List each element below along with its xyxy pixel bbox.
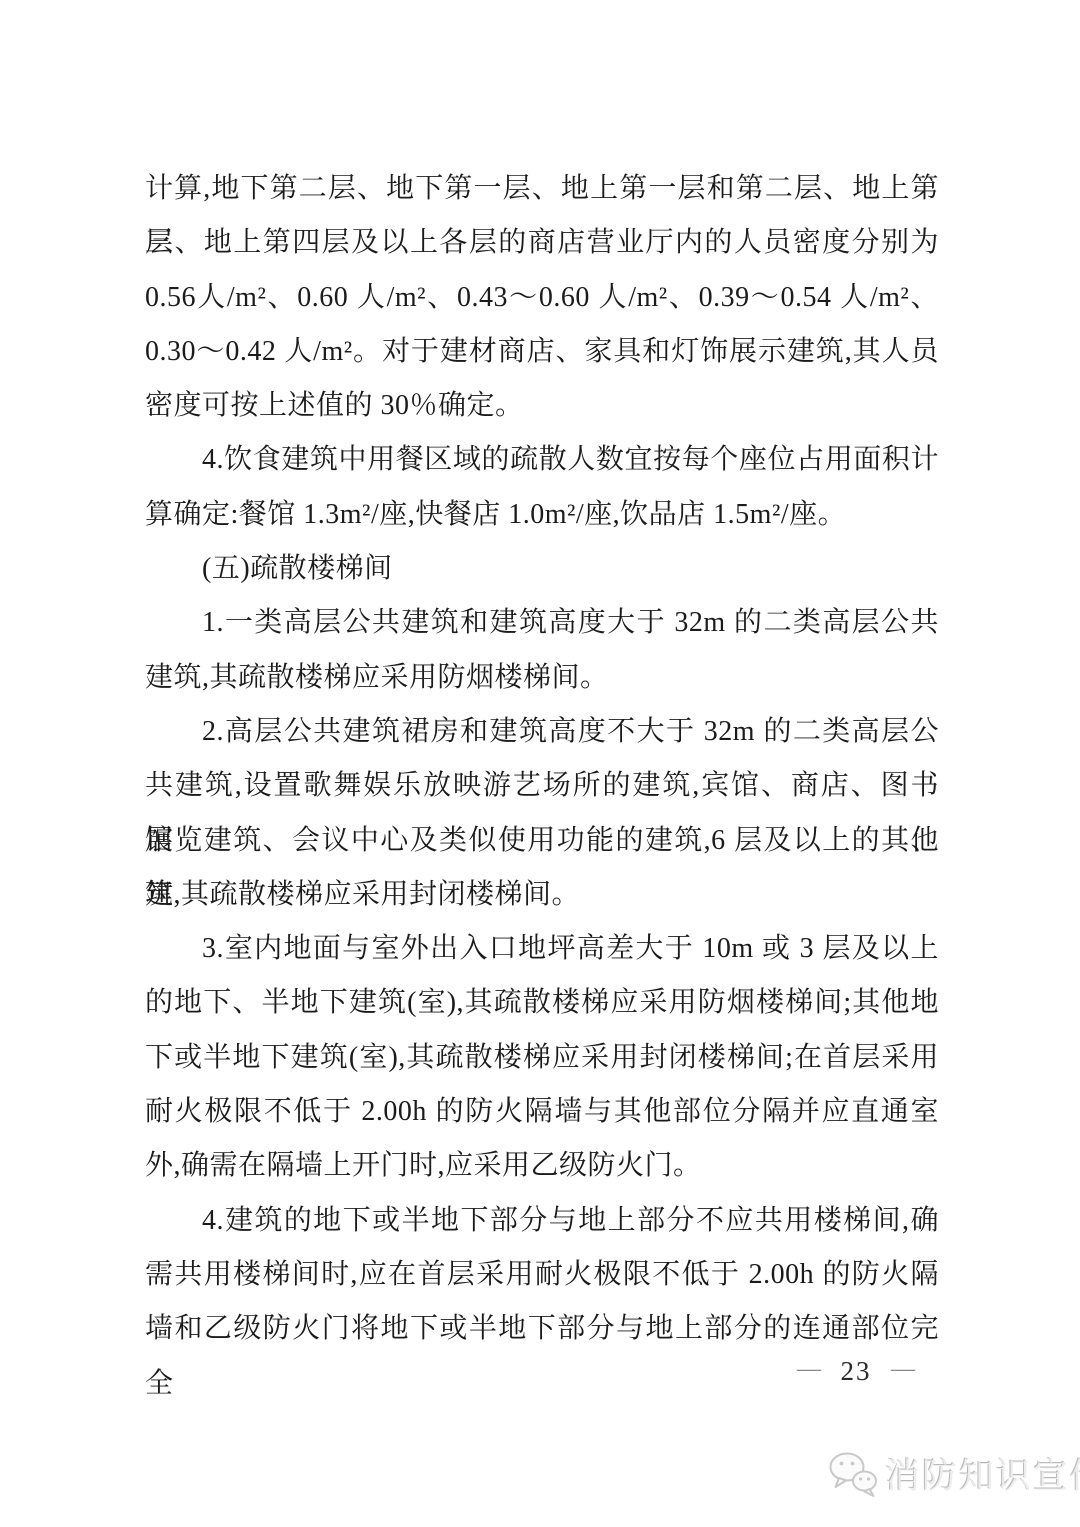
text-line: 层、地上第四层及以上各层的商店营业厅内的人员密度分别为 [145, 216, 939, 270]
text-line: 密度可按上述值的 30％确定。 [145, 379, 939, 433]
text-line: 的地下、半地下建筑(室),其疏散楼梯应采用防烟楼梯间;其他地 [145, 976, 939, 1030]
text-line: 3.室内地面与室外出入口地坪高差大于 10m 或 3 层及以上 [145, 922, 939, 976]
text-line: (五)疏散楼梯间 [145, 542, 939, 596]
text-line: 计算,地下第二层、地下第一层、地上第一层和第二层、地上第三 [145, 162, 939, 216]
text-line: 下或半地下建筑(室),其疏散楼梯应采用封闭楼梯间;在首层采用 [145, 1031, 939, 1085]
page-number-dash-right: — [891, 1356, 915, 1383]
text-line: 0.30～0.42 人/m²。对于建材商店、家具和灯饰展示建筑,其人员 [145, 325, 939, 379]
text-line: 墙和乙级防火门将地下或半地下部分与地上部分的连通部位完全 [145, 1302, 939, 1356]
text-line: 展览建筑、会议中心及类似使用功能的建筑,6 层及以上的其他建 [145, 814, 939, 868]
text-line: 外,确需在隔墙上开门时,应采用乙级防火门。 [145, 1139, 939, 1193]
text-line: 4.建筑的地下或半地下部分与地上部分不应共用楼梯间,确 [145, 1194, 939, 1248]
text-line: 共建筑,设置歌舞娱乐放映游艺场所的建筑,宾馆、商店、图书馆、 [145, 759, 939, 813]
wechat-icon [828, 1450, 878, 1498]
page-number-value: 23 [841, 1356, 872, 1387]
text-line: 算确定:餐馆 1.3m²/座,快餐店 1.0m²/座,饮品店 1.5m²/座。 [145, 488, 939, 542]
text-line: 0.56人/m²、0.60 人/m²、0.43～0.60 人/m²、0.39～0… [145, 271, 939, 325]
document-body: 计算,地下第二层、地下第一层、地上第一层和第二层、地上第三层、地上第四层及以上各… [145, 162, 939, 1357]
text-line: 建筑,其疏散楼梯应采用防烟楼梯间。 [145, 651, 939, 705]
page-number-dash-left: — [797, 1356, 821, 1383]
text-line: 4.饮食建筑中用餐区域的疏散人数宜按每个座位占用面积计 [145, 433, 939, 487]
text-line: 1.一类高层公共建筑和建筑高度大于 32m 的二类高层公共 [145, 596, 939, 650]
watermark: 消防知识宣传 [828, 1448, 1080, 1500]
document-page: 计算,地下第二层、地下第一层、地上第一层和第二层、地上第三层、地上第四层及以上各… [0, 0, 1080, 1527]
text-line: 需共用楼梯间时,应在首层采用耐火极限不低于 2.00h 的防火隔 [145, 1248, 939, 1302]
text-line: 耐火极限不低于 2.00h 的防火隔墙与其他部位分隔并应直通室 [145, 1085, 939, 1139]
watermark-text: 消防知识宣传 [885, 1449, 1080, 1499]
text-line: 2.高层公共建筑裙房和建筑高度不大于 32m 的二类高层公 [145, 705, 939, 759]
page-number: — 23 — [797, 1350, 915, 1392]
text-line: 筑,其疏散楼梯应采用封闭楼梯间。 [145, 868, 939, 922]
